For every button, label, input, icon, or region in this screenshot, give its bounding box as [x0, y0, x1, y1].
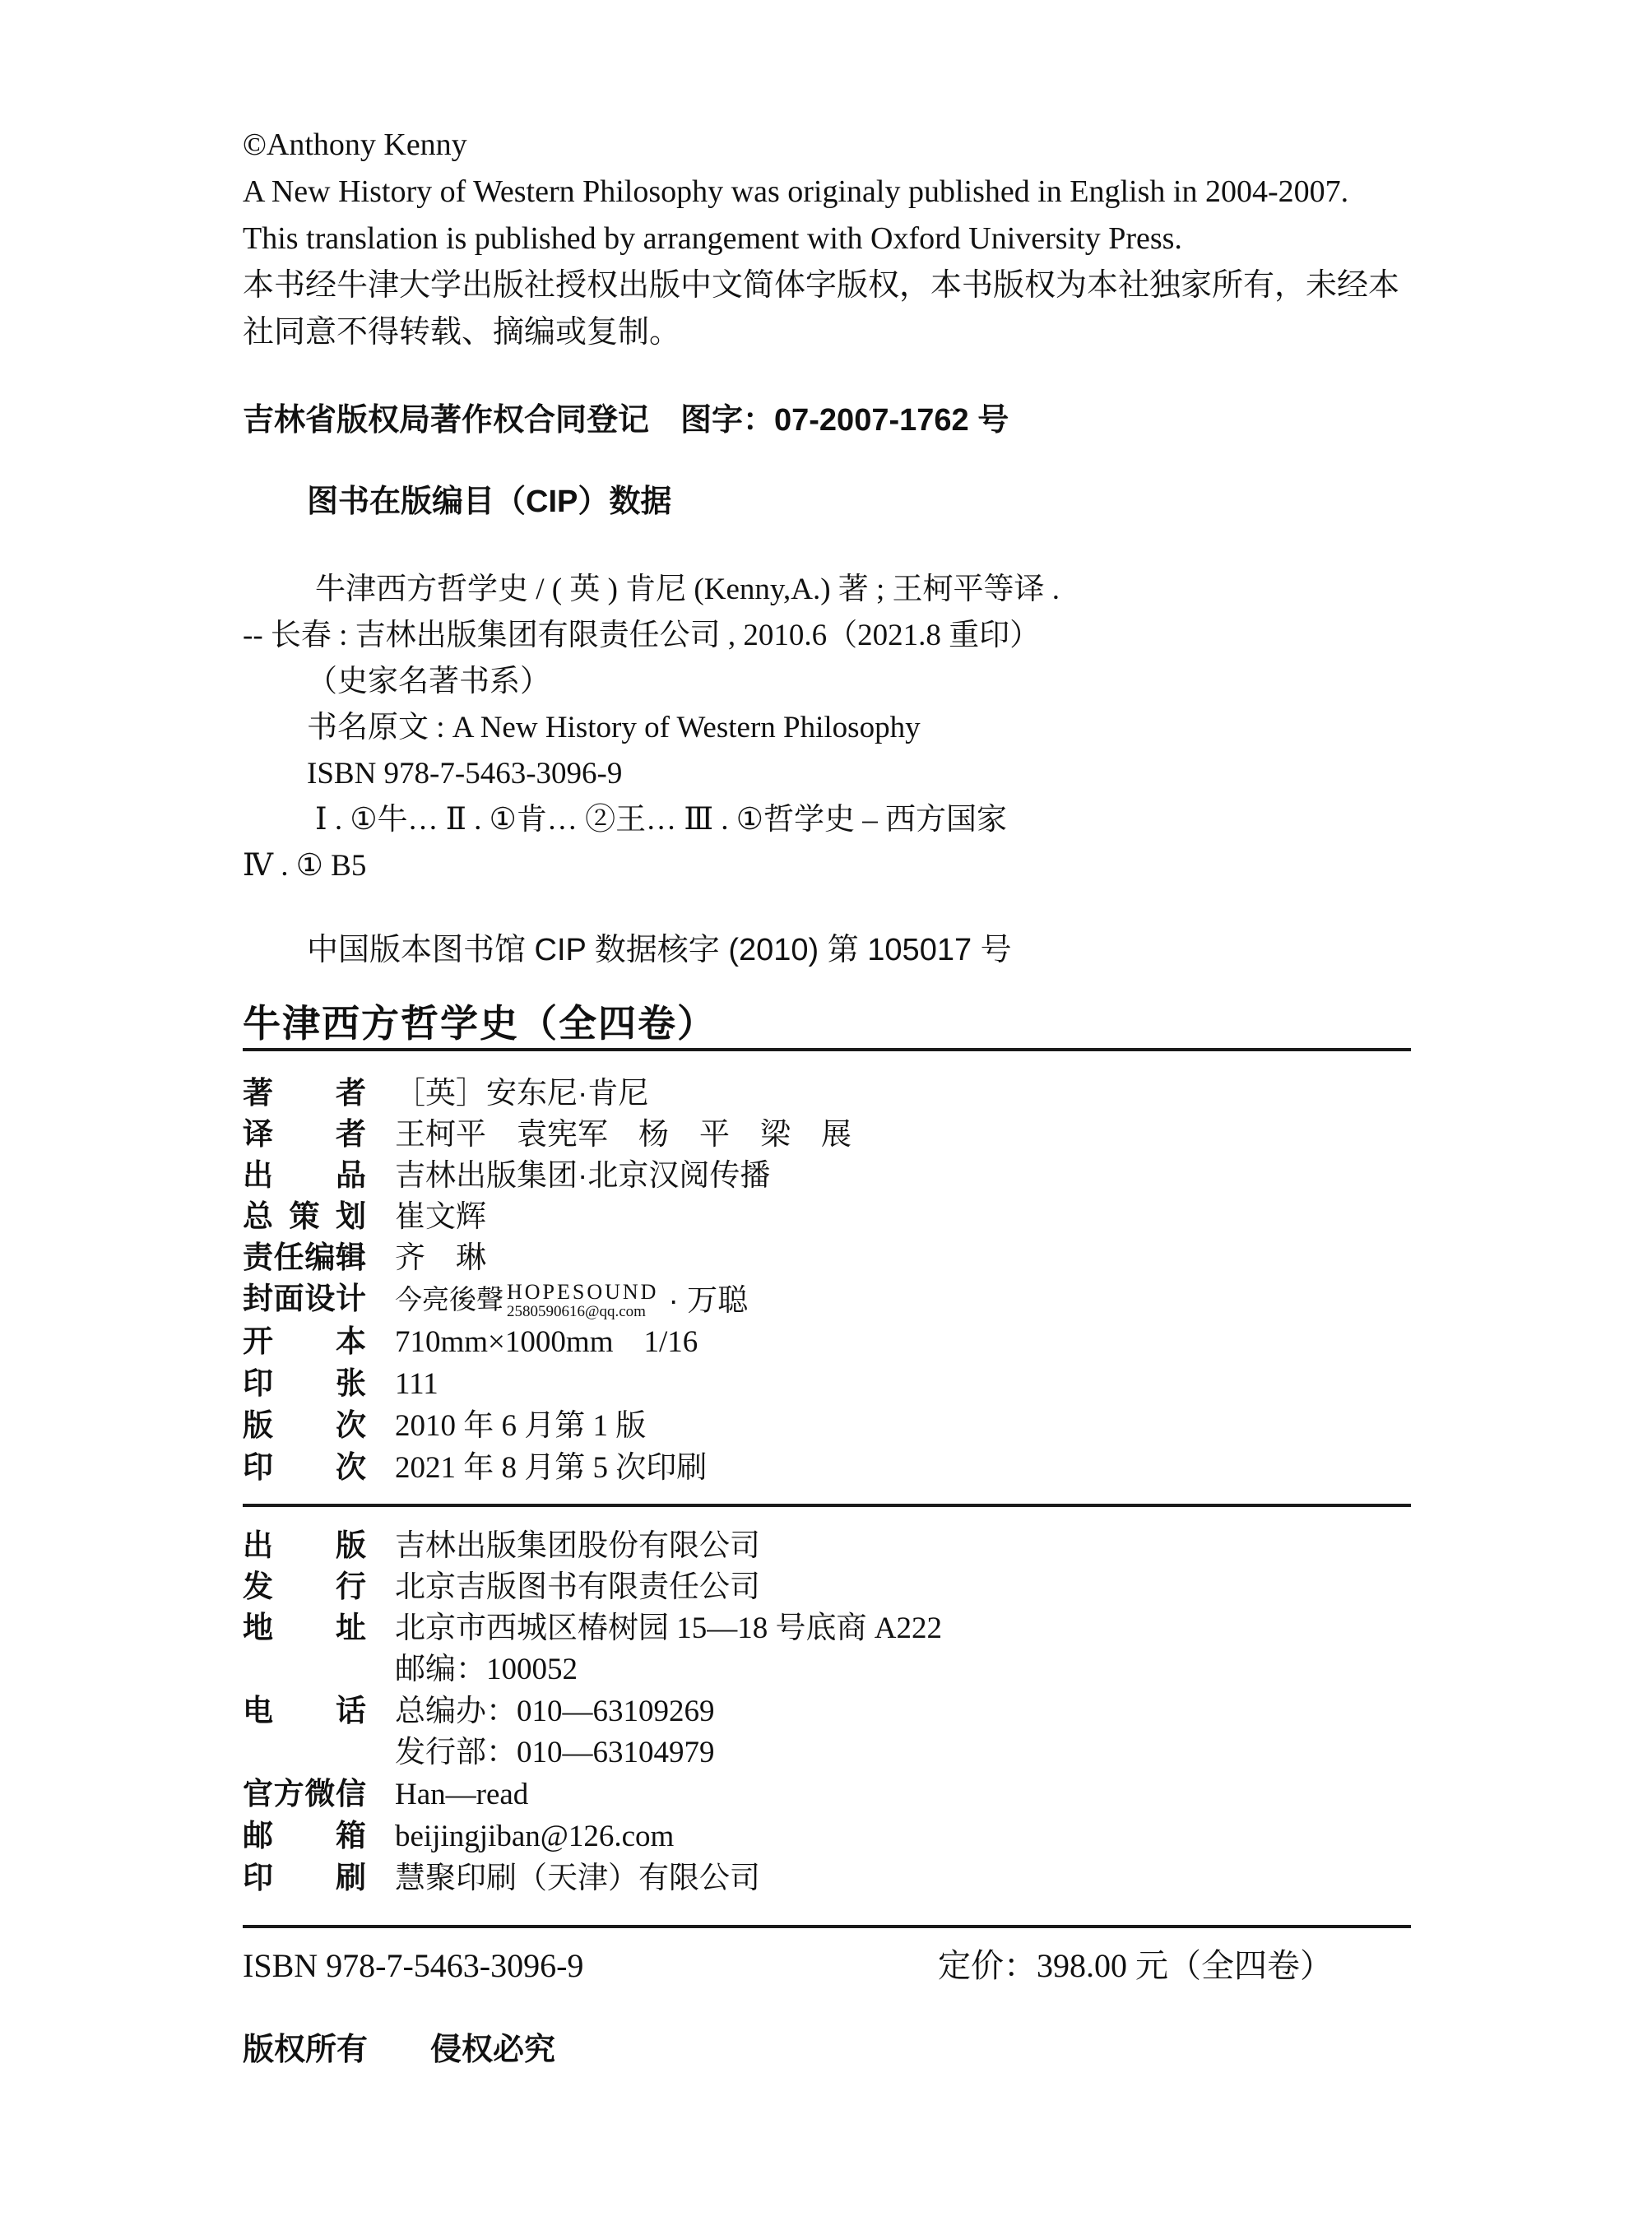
- row-label: 印张: [243, 1363, 366, 1404]
- row-value: 北京吉版图书有限责任公司: [395, 1566, 760, 1607]
- cover-design-value: 今亮後聲 HOPESOUND 2580590616@qq.com · 万聪: [395, 1280, 748, 1321]
- row-value: 发行部：010—63104979: [395, 1732, 715, 1774]
- row-value: 2010 年 6 月第 1 版: [395, 1406, 646, 1447]
- publisher-row-address: 地址 北京市西城区椿树园 15—18 号底商 A222: [243, 1607, 1415, 1649]
- chinese-rights-line-1: 本书经牛津大学出版社授权出版中文简体字版权，本书版权为本社独家所有，未经本: [243, 262, 1415, 309]
- row-value: ［英］安东尼·肯尼: [395, 1073, 648, 1114]
- row-label: 邮箱: [243, 1815, 366, 1857]
- copyright-registration-line: 吉林省版权局著作权合同登记 图字：07-2007-1762 号: [243, 397, 1415, 444]
- colophon-row-producer: 出品 吉林出版集团·北京汉阅传播: [243, 1155, 1415, 1196]
- row-label: 出品: [243, 1155, 366, 1196]
- row-label: 印次: [243, 1447, 366, 1488]
- colophon-row-edition: 版次 2010 年 6 月第 1 版: [243, 1405, 1415, 1447]
- title-divider: [243, 1048, 1411, 1051]
- cip-isbn-line: ISBN 978-7-5463-3096-9: [243, 751, 1415, 797]
- colophon-divider: [243, 1504, 1411, 1507]
- cover-design-brand: 今亮後聲: [395, 1280, 503, 1321]
- cover-design-designer: · 万聪: [668, 1280, 748, 1321]
- row-label: 发行: [243, 1566, 366, 1607]
- row-value: 吉林出版集团·北京汉阅传播: [395, 1155, 770, 1196]
- row-label: 责任编辑: [243, 1237, 366, 1278]
- colophon-row-chief-planner: 总策划 崔文辉: [243, 1196, 1415, 1237]
- rights-reserved-line: 版权所有 侵权必究: [243, 2027, 1415, 2074]
- book-title: 牛津西方哲学史（全四卷）: [243, 999, 1415, 1048]
- cip-block: 牛津西方哲学史 / ( 英 ) 肯尼 (Kenny,A.) 著 ; 王柯平等译 …: [243, 567, 1415, 889]
- row-value: 2021 年 8 月第 5 次印刷: [395, 1448, 707, 1489]
- cover-design-email: 2580590616@qq.com: [507, 1304, 658, 1320]
- publisher-row-printer: 印刷 慧聚印刷（天津）有限公司: [243, 1857, 1415, 1899]
- copyright-page: { "copyright_block": { "line1": "©Anthon…: [0, 0, 1652, 2235]
- chinese-rights-line-2: 社同意不得转载、摘编或复制。: [243, 309, 1415, 356]
- isbn-number: ISBN 978-7-5463-3096-9: [243, 1947, 583, 1984]
- cip-classification-line-2: Ⅳ . ① B5: [243, 843, 1415, 889]
- row-label: 电话: [243, 1690, 366, 1732]
- row-label: 著者: [243, 1073, 366, 1114]
- row-value: beijingjiban@126.com: [395, 1816, 674, 1857]
- row-value: 邮编：100052: [395, 1649, 578, 1690]
- publisher-row-email: 邮箱 beijingjiban@126.com: [243, 1815, 1415, 1857]
- colophon-row-author: 著者 ［英］安东尼·肯尼: [243, 1073, 1415, 1114]
- colophon-row-translators: 译者 王柯平 袁宪军 杨 平 梁 展: [243, 1114, 1415, 1155]
- publisher-row-phone-editorial: 电话 总编办：010—63109269: [243, 1690, 1415, 1732]
- publisher-row-phone-distribution: 发行部：010—63104979: [243, 1732, 1415, 1774]
- publisher-row-wechat: 官方微信 Han—read: [243, 1774, 1415, 1815]
- publisher-row-postcode: 邮编：100052: [243, 1649, 1415, 1690]
- publisher-row-publisher: 出版 吉林出版集团股份有限公司: [243, 1525, 1415, 1566]
- colophon-row-sheets: 印张 111: [243, 1363, 1415, 1405]
- row-value: 崔文辉: [395, 1196, 486, 1237]
- row-value: 齐 琳: [395, 1237, 486, 1278]
- isbn-divider: [243, 1925, 1411, 1928]
- page-content: ©Anthony Kenny A New History of Western …: [243, 0, 1415, 2074]
- colophon-row-printing: 印次 2021 年 8 月第 5 次印刷: [243, 1447, 1415, 1489]
- row-label: 地址: [243, 1607, 366, 1648]
- publisher-rows: 出版 吉林出版集团股份有限公司 发行 北京吉版图书有限责任公司 地址 北京市西城…: [243, 1525, 1415, 1899]
- row-value: 111: [395, 1364, 439, 1405]
- cip-title-line: 牛津西方哲学史 / ( 英 ) 肯尼 (Kenny,A.) 著 ; 王柯平等译 …: [243, 567, 1415, 613]
- row-value: 总编办：010—63109269: [395, 1691, 715, 1732]
- row-label: 译者: [243, 1114, 366, 1155]
- cip-record-line: 中国版本图书馆 CIP 数据核字 (2010) 第 105017 号: [243, 927, 1415, 974]
- colophon-row-cover-design: 封面设计 今亮後聲 HOPESOUND 2580590616@qq.com · …: [243, 1278, 1415, 1321]
- publisher-row-distributor: 发行 北京吉版图书有限责任公司: [243, 1566, 1415, 1607]
- row-value: 慧聚印刷（天津）有限公司: [395, 1857, 760, 1899]
- colophon-rows: 著者 ［英］安东尼·肯尼 译者 王柯平 袁宪军 杨 平 梁 展 出品 吉林出版集…: [243, 1073, 1415, 1489]
- cip-series-line: （史家名著书系）: [243, 659, 1415, 705]
- row-value: Han—read: [395, 1774, 528, 1815]
- cip-publisher-line: -- 长春 : 吉林出版集团有限责任公司 , 2010.6（2021.8 重印）: [243, 613, 1415, 659]
- original-publication-line: A New History of Western Philosophy was …: [243, 169, 1415, 216]
- copyright-holder-line: ©Anthony Kenny: [243, 122, 1415, 169]
- row-label: 开本: [243, 1321, 366, 1362]
- row-label: 官方微信: [243, 1774, 366, 1815]
- cover-design-brand-en: HOPESOUND: [507, 1281, 658, 1303]
- cip-heading: 图书在版编目（CIP）数据: [243, 479, 1415, 526]
- row-label: 封面设计: [243, 1278, 366, 1319]
- colophon-row-editor: 责任编辑 齐 琳: [243, 1237, 1415, 1278]
- cip-classification-line-1: Ⅰ . ①牛… Ⅱ . ①肯… ②王… Ⅲ . ①哲学史 – 西方国家: [243, 797, 1415, 843]
- row-value: 吉林出版集团股份有限公司: [395, 1525, 760, 1566]
- price-text: 定价：398.00 元（全四卷）: [938, 1943, 1333, 1989]
- copyright-notice: ©Anthony Kenny A New History of Western …: [243, 122, 1415, 356]
- translation-arrangement-line: This translation is published by arrange…: [243, 216, 1415, 262]
- colophon-row-format: 开本 710mm×1000mm 1/16: [243, 1321, 1415, 1363]
- cover-design-stack: HOPESOUND 2580590616@qq.com: [507, 1281, 658, 1319]
- row-label: 印刷: [243, 1857, 366, 1899]
- row-label: 出版: [243, 1525, 366, 1566]
- row-value: 北京市西城区椿树园 15—18 号底商 A222: [395, 1608, 942, 1649]
- row-value: 王柯平 袁宪军 杨 平 梁 展: [395, 1114, 852, 1155]
- row-value: 710mm×1000mm 1/16: [395, 1322, 698, 1363]
- row-label: 版次: [243, 1405, 366, 1446]
- isbn-price-row: ISBN 978-7-5463-3096-9 定价：398.00 元（全四卷）: [243, 1943, 1415, 1989]
- row-label: 总策划: [243, 1196, 366, 1237]
- cip-original-title-line: 书名原文 : A New History of Western Philosop…: [243, 705, 1415, 751]
